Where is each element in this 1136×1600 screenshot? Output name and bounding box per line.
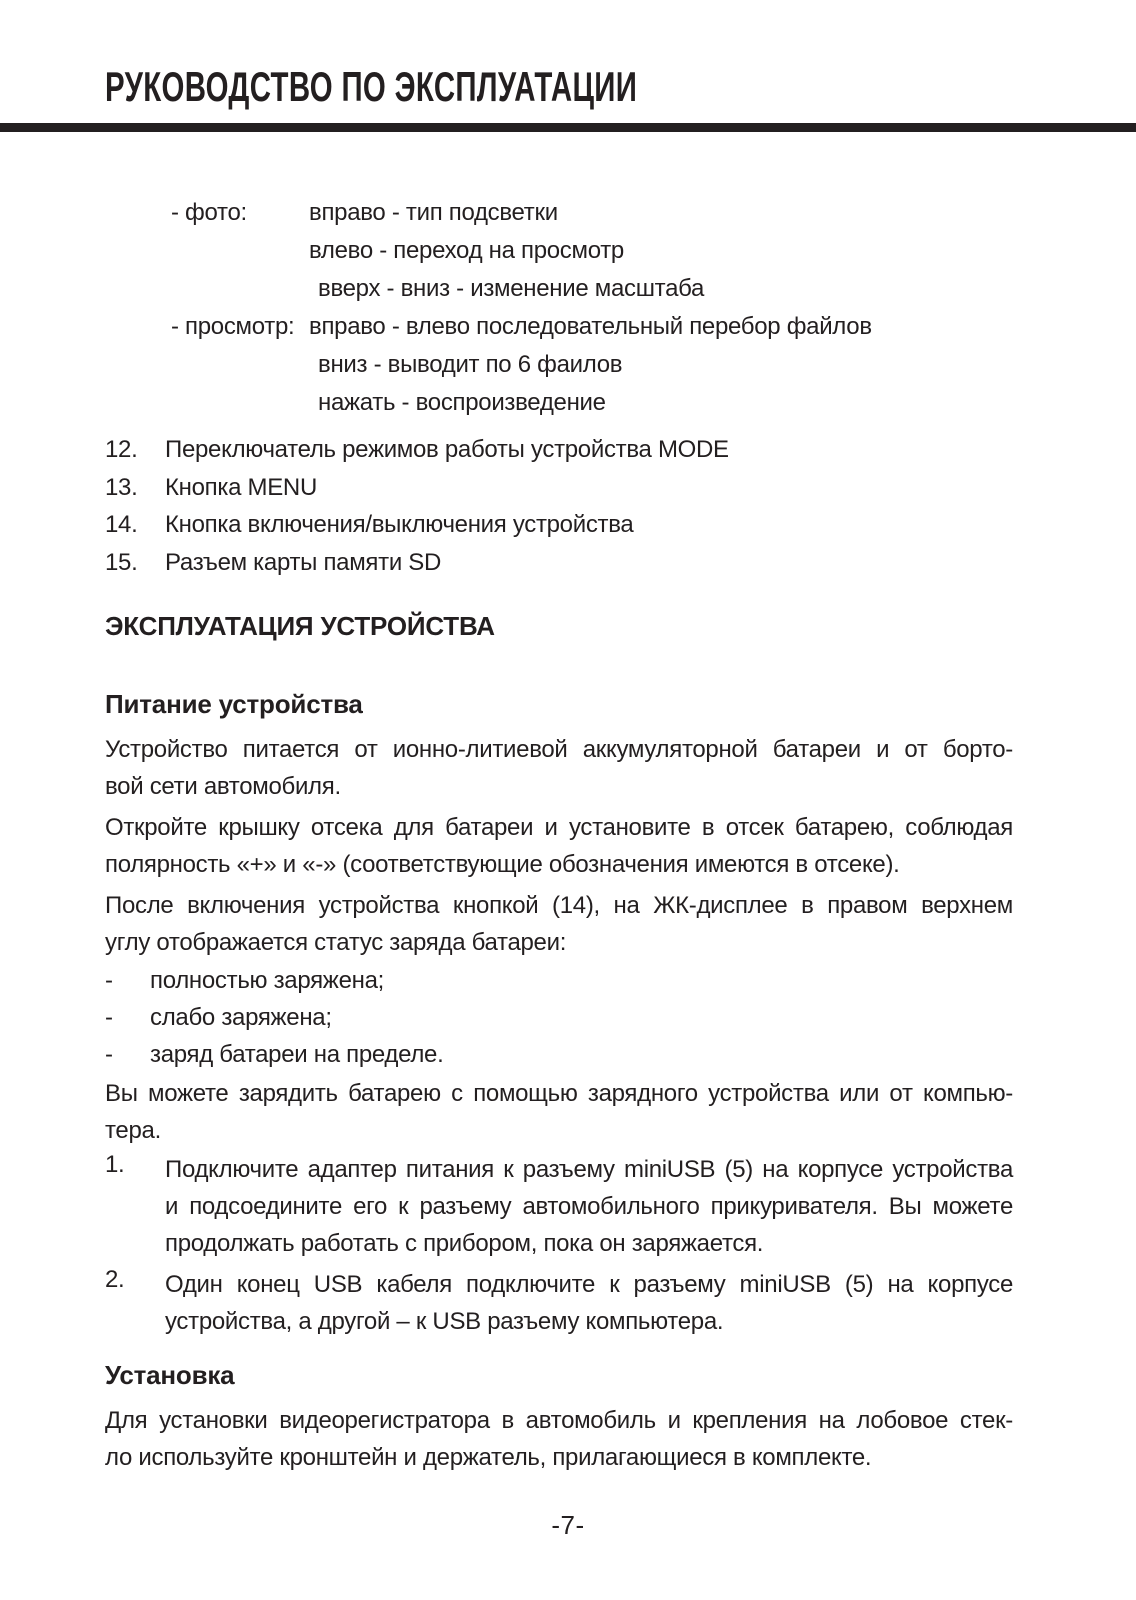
list-item: 14. Кнопка включения/выключения устройст… xyxy=(105,506,1013,544)
item-text: заряд батареи на пределе. xyxy=(150,1037,443,1073)
paragraph-line: Для установки видеорегистратора в автомо… xyxy=(105,1402,1013,1439)
controls-list: - фото: вправо - тип подсветки влево - п… xyxy=(105,194,1013,422)
step-text: Один конец USB кабеля подключите к разъе… xyxy=(165,1266,1013,1340)
item-text: Переключатель режимов работы устройства … xyxy=(165,431,729,469)
paragraph: После включения устройства кнопкой (14),… xyxy=(105,887,1013,961)
paragraph-line: ло используйте кронштейн и держатель, пр… xyxy=(105,1439,1013,1476)
item-number: 13. xyxy=(105,469,165,507)
section-heading-operation: ЭКСПЛУАТАЦИЯ УСТРОЙСТВА xyxy=(105,611,1013,641)
list-item: - полностью заряжена; xyxy=(105,963,1013,999)
paragraph: Вы можете зарядить батарею с помощью зар… xyxy=(105,1075,1013,1149)
item-number: 15. xyxy=(105,544,165,582)
paragraph: Откройте крышку отсека для батареи и уст… xyxy=(105,809,1013,883)
controls-row: вверх - вниз - изменение масштаба xyxy=(105,270,1013,308)
controls-label: - фото: xyxy=(171,194,309,232)
list-item: 13. Кнопка MENU xyxy=(105,469,1013,507)
controls-desc: нажать - воспроизведение xyxy=(309,384,606,422)
controls-label xyxy=(171,346,309,384)
item-text: полностью заряжена; xyxy=(150,963,384,999)
dash-bullet: - xyxy=(105,1037,150,1073)
item-text: Кнопка MENU xyxy=(165,469,317,507)
step-number: 1. xyxy=(105,1151,165,1262)
controls-label: - просмотр: xyxy=(171,308,309,346)
controls-row: вниз - выводит по 6 фаилов xyxy=(105,346,1013,384)
step-line: продолжать работать с прибором, пока он … xyxy=(165,1225,1013,1262)
paragraph-line: углу отображается статус заряда батареи: xyxy=(105,924,1013,961)
step-line: устройства, а другой – к USB разъему ком… xyxy=(165,1303,1013,1340)
dash-bullet: - xyxy=(105,963,150,999)
controls-label xyxy=(171,232,309,270)
controls-desc: влево - переход на просмотр xyxy=(309,232,624,270)
paragraph-line: Устройство питается от ионно-литиевой ак… xyxy=(105,731,1013,768)
dash-bullet: - xyxy=(105,1000,150,1036)
item-text: Кнопка включения/выключения устройства xyxy=(165,506,633,544)
step-item: 1. Подключите адаптер питания к разъему … xyxy=(105,1151,1013,1262)
battery-status-list: - полностью заряжена; - слабо заряжена; … xyxy=(105,963,1013,1073)
paragraph-line: полярность «+» и «-» (соответствующие об… xyxy=(105,846,1013,883)
list-item: - слабо заряжена; xyxy=(105,1000,1013,1036)
item-text: Разъем карты памяти SD xyxy=(165,544,441,582)
page-title: РУКОВОДСТВО ПО ЭКСПЛУАТАЦИИ xyxy=(105,64,741,110)
controls-desc: вверх - вниз - изменение масштаба xyxy=(309,270,704,308)
item-text: слабо заряжена; xyxy=(150,1000,332,1036)
charging-steps: 1. Подключите адаптер питания к разъему … xyxy=(105,1151,1013,1340)
step-item: 2. Один конец USB кабеля подключите к ра… xyxy=(105,1266,1013,1340)
paragraph-line: вой сети автомобиля. xyxy=(105,768,1013,805)
device-parts-list: 12. Переключатель режимов работы устройс… xyxy=(105,431,1013,581)
page-number: -7- xyxy=(0,1510,1136,1541)
paragraph-line: тера. xyxy=(105,1112,1013,1149)
header-rule xyxy=(0,123,1136,132)
item-number: 12. xyxy=(105,431,165,469)
controls-row: влево - переход на просмотр xyxy=(105,232,1013,270)
controls-desc: вниз - выводит по 6 фаилов xyxy=(309,346,622,384)
step-number: 2. xyxy=(105,1266,165,1340)
controls-label xyxy=(171,384,309,422)
item-number: 14. xyxy=(105,506,165,544)
controls-row-photo: - фото: вправо - тип подсветки xyxy=(105,194,1013,232)
controls-row-view: - просмотр: вправо - влево последователь… xyxy=(105,308,1013,346)
list-item: 12. Переключатель режимов работы устройс… xyxy=(105,431,1013,469)
list-item: 15. Разъем карты памяти SD xyxy=(105,544,1013,582)
controls-desc: вправо - влево последовательный перебор … xyxy=(309,308,872,346)
subheading-install: Установка xyxy=(105,1360,1013,1390)
step-line: Подключите адаптер питания к разъему min… xyxy=(165,1151,1013,1188)
manual-page: РУКОВОДСТВО ПО ЭКСПЛУАТАЦИИ - фото: впра… xyxy=(0,0,1136,1600)
step-line: Один конец USB кабеля подключите к разъе… xyxy=(165,1266,1013,1303)
controls-row: нажать - воспроизведение xyxy=(105,384,1013,422)
controls-label xyxy=(171,270,309,308)
paragraph-line: После включения устройства кнопкой (14),… xyxy=(105,887,1013,924)
controls-desc: вправо - тип подсветки xyxy=(309,194,558,232)
subheading-power: Питание устройства xyxy=(105,689,1013,719)
list-item: - заряд батареи на пределе. xyxy=(105,1037,1013,1073)
step-text: Подключите адаптер питания к разъему min… xyxy=(165,1151,1013,1262)
paragraph-line: Вы можете зарядить батарею с помощью зар… xyxy=(105,1075,1013,1112)
paragraph: Устройство питается от ионно-литиевой ак… xyxy=(105,731,1013,805)
paragraph-line: Откройте крышку отсека для батареи и уст… xyxy=(105,809,1013,846)
step-line: и подсоедините его к разъему автомобильн… xyxy=(165,1188,1013,1225)
paragraph: Для установки видеорегистратора в автомо… xyxy=(105,1402,1013,1476)
